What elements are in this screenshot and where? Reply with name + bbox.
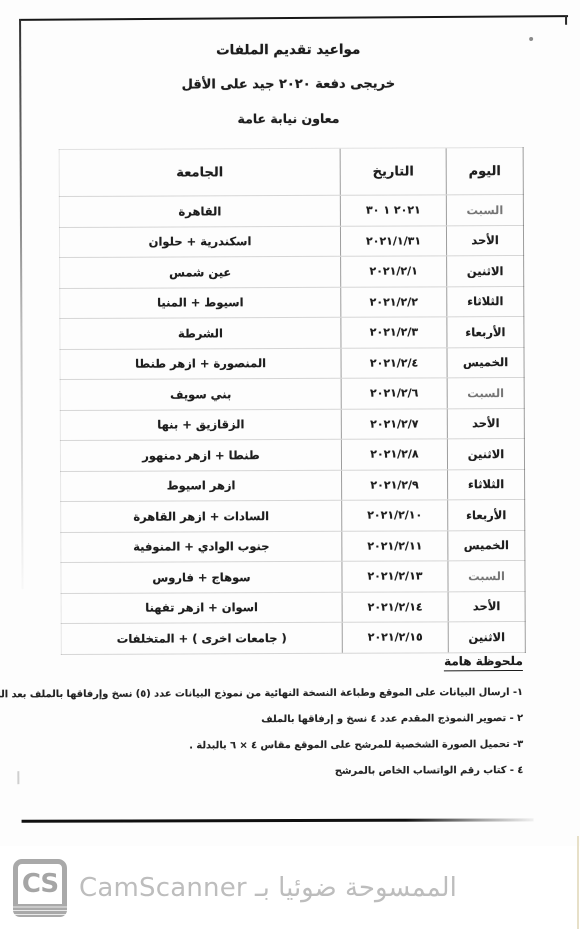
day-cell: السبت	[448, 560, 525, 591]
camscanner-logo-letters: CS	[22, 869, 58, 899]
day-cell: الأحد	[446, 225, 523, 256]
university-cell: اسكندرية + حلوان	[59, 226, 340, 258]
university-cell: الشرطة	[60, 317, 341, 349]
date-cell: ٢٠٢١/٢/١	[341, 256, 447, 287]
table-row: السبت ٢٠٢١/٢/١٣ سوهاج + فاروس	[61, 560, 525, 593]
day-cell: الخميس	[447, 347, 524, 378]
university-cell: اسيوط + المنيا	[60, 287, 341, 319]
table-row: الأحد ٢٠٢١/١/٣١ اسكندرية + حلوان	[59, 225, 523, 258]
day-cell: الاثنين	[447, 255, 524, 286]
document-title: مواعيد تقديم الملفات	[58, 41, 518, 59]
university-cell: طنطا + ازهر دمنهور	[60, 439, 341, 471]
table-row: الأحد ٢٠٢١/٢/١٤ اسوان + ازهر تفهنا	[61, 591, 525, 624]
header-day: اليوم	[446, 147, 523, 194]
camscanner-footer: CS الممسوحة ضوئيا بـ CamScanner	[0, 846, 580, 929]
page-frame-top-line	[19, 15, 568, 21]
day-cell: الثلاثاء	[448, 469, 525, 500]
day-cell: الاثنين	[448, 621, 525, 652]
camscanner-logo-icon: CS	[13, 859, 67, 917]
date-cell: ٢٠٢١/٢/٦	[341, 378, 447, 409]
date-cell: ٢٠٢١/٢/١٤	[342, 591, 448, 622]
table-row: الخميس ٢٠٢١/٢/٤ المنصورة + ازهر طنطا	[60, 347, 524, 380]
notes-section: ملحوظة هامة ١- ارسال البيانات على الموقع…	[53, 650, 524, 786]
date-cell: ٢٠٢١/١/٣١	[340, 225, 446, 256]
university-cell: ( جامعات اخرى ) + المتخلفات	[61, 622, 342, 654]
day-cell: الأربعاء	[448, 499, 525, 530]
camscanner-caption: الممسوحة ضوئيا بـ CamScanner	[79, 873, 457, 903]
page-frame-left-line	[19, 19, 23, 589]
university-cell: اسوان + ازهر تفهنا	[61, 592, 342, 624]
date-cell: ٢٠٢١ ١ ٣٠	[340, 195, 446, 226]
header-date: التاريخ	[340, 148, 446, 195]
notes-heading: ملحوظة هامة	[444, 654, 523, 671]
day-cell: الاثنين	[447, 438, 524, 469]
document-page: مواعيد تقديم الملفات خريجى دفعة ٢٠٢٠ جيد…	[0, 0, 580, 929]
document-subtitle: خريجى دفعة ٢٠٢٠ جيد على الأقل	[58, 76, 518, 93]
date-cell: ٢٠٢١/٢/٧	[341, 408, 447, 439]
page-frame-bottom-line	[22, 818, 534, 822]
scan-edge-artifact	[577, 836, 579, 929]
table-row: الأربعاء ٢٠٢١/٢/٣ الشرطة	[60, 316, 524, 349]
university-cell: بني سويف	[60, 378, 341, 410]
university-cell: سوهاج + فاروس	[61, 561, 342, 593]
table-row: الأربعاء ٢٠٢١/٢/١٠ السادات + ازهر القاهر…	[61, 499, 525, 532]
day-cell: الأربعاء	[447, 316, 524, 347]
university-cell: جنوب الوادي + المنوفية	[61, 531, 342, 563]
table-row: الاثنين ٢٠٢١/٢/١ عين شمس	[60, 255, 524, 288]
note-item: ٤ - كتاب رقم الواتساب الخاص بالمرشح	[53, 758, 523, 786]
day-cell: الأحد	[447, 408, 524, 439]
date-cell: ٢٠٢١/٢/١٣	[342, 561, 448, 592]
date-cell: ٢٠٢١/٢/٢	[341, 286, 447, 317]
date-cell: ٢٠٢١/٢/٤	[341, 347, 447, 378]
day-cell: السبت	[447, 377, 524, 408]
university-cell: ازهر اسيوط	[61, 470, 342, 502]
day-cell: الأحد	[448, 591, 525, 622]
document-title-block: مواعيد تقديم الملفات خريجى دفعة ٢٠٢٠ جيد…	[58, 41, 518, 127]
table-row: السبت ٢٠٢١ ١ ٣٠ القاهرة	[59, 194, 523, 227]
date-cell: ٢٠٢١/٢/٨	[341, 439, 447, 470]
university-cell: السادات + ازهر القاهرة	[61, 500, 342, 532]
schedule-body: السبت ٢٠٢١ ١ ٣٠ القاهرة الأحد ٢٠٢١/١/٣١ …	[59, 194, 525, 654]
day-cell: السبت	[446, 194, 523, 225]
page-frame-corner-tick	[565, 16, 567, 25]
header-university: الجامعة	[59, 148, 340, 196]
date-cell: ٢٠٢١/٢/٣	[341, 317, 447, 348]
date-cell: ٢٠٢١/٢/١٠	[342, 500, 448, 531]
note-item: ٢ - تصوير النموذج المقدم عدد ٤ نسخ و إرف…	[53, 706, 523, 734]
date-cell: ٢٠٢١/٢/٩	[342, 469, 448, 500]
scan-speck	[17, 771, 19, 784]
table-row: الثلاثاء ٢٠٢١/٢/٩ ازهر اسيوط	[61, 469, 525, 502]
scanned-document: مواعيد تقديم الملفات خريجى دفعة ٢٠٢٠ جيد…	[0, 0, 580, 929]
table-header-row: اليوم التاريخ الجامعة	[59, 147, 523, 196]
note-item: ١- ارسال البيانات على الموقع وطباعة النس…	[53, 680, 523, 708]
date-cell: ٢٠٢١/٢/١١	[342, 530, 448, 561]
day-cell: الخميس	[448, 530, 525, 561]
table-row: الاثنين ٢٠٢١/٢/٨ طنطا + ازهر دمنهور	[60, 438, 524, 471]
scan-speck	[529, 37, 533, 41]
university-cell: عين شمس	[60, 256, 341, 288]
table-row: الخميس ٢٠٢١/٢/١١ جنوب الوادي + المنوفية	[61, 530, 525, 563]
university-cell: الزقازيق + بنها	[60, 409, 341, 441]
university-cell: المنصورة + ازهر طنطا	[60, 348, 341, 380]
university-cell: القاهرة	[59, 195, 340, 227]
day-cell: الثلاثاء	[447, 286, 524, 317]
table-row: السبت ٢٠٢١/٢/٦ بني سويف	[60, 377, 524, 410]
document-subtitle2: معاون نيابة عامة	[58, 110, 518, 127]
camscanner-logo-pages	[13, 904, 67, 917]
schedule-table: اليوم التاريخ الجامعة السبت ٢٠٢١ ١ ٣٠ ال…	[59, 147, 526, 655]
table-row: الاثنين ٢٠٢١/٢/١٥ ( جامعات اخرى ) + المت…	[61, 621, 525, 654]
date-cell: ٢٠٢١/٢/١٥	[342, 622, 448, 653]
note-item: ٣- تحميل الصورة الشخصية للمرشح على الموق…	[53, 732, 523, 760]
table-row: الأحد ٢٠٢١/٢/٧ الزقازيق + بنها	[60, 408, 524, 441]
table-row: الثلاثاء ٢٠٢١/٢/٢ اسيوط + المنيا	[60, 286, 524, 319]
